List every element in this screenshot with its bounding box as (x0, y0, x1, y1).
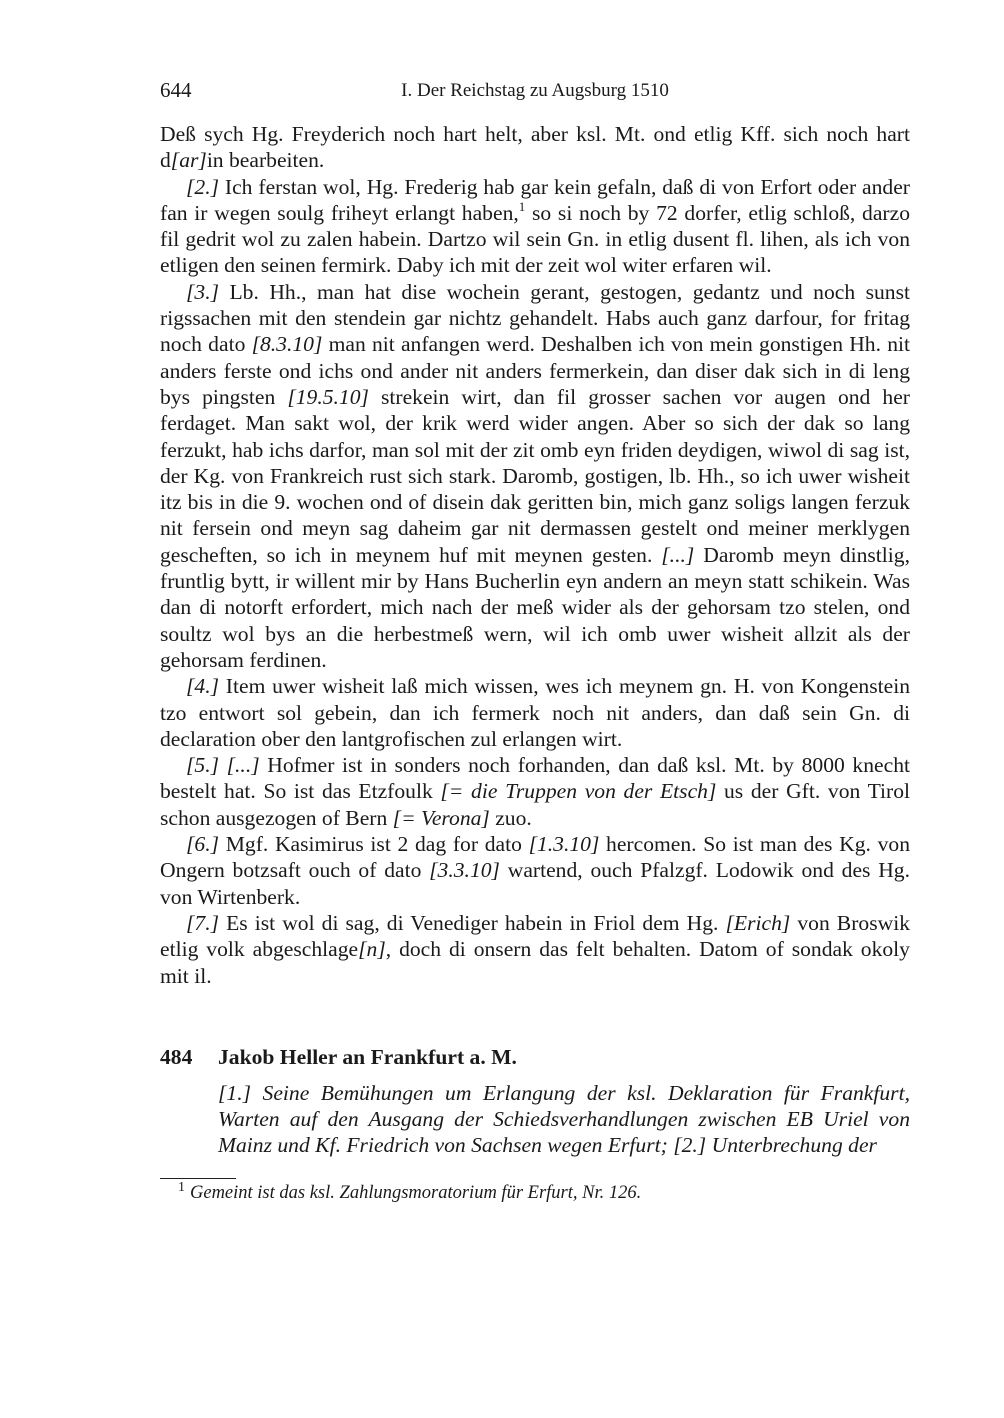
letter-body: Deß sych Hg. Freyderich noch hart helt, … (160, 121, 910, 989)
editorial-note: [7.] (186, 911, 219, 935)
paragraph-7: [7.] Es ist wol di sag, di Venediger hab… (160, 910, 910, 989)
document-heading: 484 Jakob Heller an Frankfurt a. M. (160, 1045, 910, 1070)
footnote-rule (160, 1178, 236, 1179)
editorial-note: [n] (358, 937, 386, 961)
paragraph-6: [6.] Mgf. Kasimirus ist 2 dag for dato [… (160, 831, 910, 910)
page-header: 644 I. Der Reichstag zu Augsburg 1510 (160, 78, 910, 110)
text-run: Item uwer wisheit laß mich wissen, wes i… (160, 674, 910, 751)
paragraph-4: [4.] Item uwer wisheit laß mich wissen, … (160, 673, 910, 752)
paragraph-2: [2.] Ich ferstan wol, Hg. Frederig hab g… (160, 174, 910, 279)
editorial-note: [2.] (186, 175, 219, 199)
editorial-note: [3.] (186, 280, 219, 304)
text-run: Mgf. Kasimirus ist 2 dag for dato (219, 832, 529, 856)
footnote-text: Gemeint ist das ksl. Zahlungsmoratorium … (190, 1183, 641, 1203)
paragraph-1: Deß sych Hg. Freyderich noch hart helt, … (160, 121, 910, 174)
editorial-note: [3.3.10] (429, 858, 500, 882)
editorial-note: [4.] (186, 674, 219, 698)
editorial-note: [1.3.10] (529, 832, 600, 856)
paragraph-5: [5.] [...] Hofmer ist in sonders noch fo… (160, 752, 910, 831)
editorial-note: [= Verona] (393, 806, 490, 830)
editorial-note: [19.5.10] (287, 385, 369, 409)
text-run: in bearbeiten. (207, 148, 325, 172)
page: 644 I. Der Reichstag zu Augsburg 1510 De… (160, 78, 910, 1204)
document-title: Jakob Heller an Frankfurt a. M. (218, 1045, 517, 1070)
document-regest: [1.] Seine Bemühungen um Erlangung der k… (218, 1080, 910, 1159)
editorial-note: [8.3.10] (252, 332, 323, 356)
editorial-note: [Erich] (726, 911, 791, 935)
text-run: zuo. (490, 806, 532, 830)
editorial-note: [6.] (186, 832, 219, 856)
paragraph-3: [3.] Lb. Hh., man hat dise wochein geran… (160, 279, 910, 673)
footnote-1: 1 Gemeint ist das ksl. Zahlungsmoratoriu… (160, 1183, 910, 1204)
footnote-number: 1 (178, 1180, 185, 1196)
text-run: Es ist wol di sag, di Venediger habein i… (219, 911, 725, 935)
text-run: strekein wirt, dan fil grosser sachen vo… (160, 385, 910, 567)
editorial-note: [...] (661, 543, 694, 567)
editorial-note: [5.] [...] (186, 753, 260, 777)
running-title: I. Der Reichstag zu Augsburg 1510 (160, 80, 910, 102)
document-number: 484 (160, 1045, 218, 1070)
editorial-note: [= die Truppen von der Etsch] (440, 779, 716, 803)
editorial-note: [ar] (171, 148, 207, 172)
